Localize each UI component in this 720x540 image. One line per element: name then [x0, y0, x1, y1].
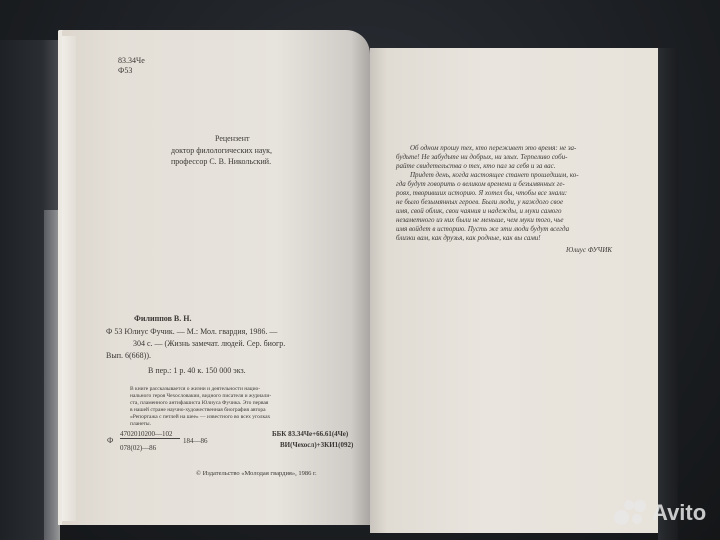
code-bottom: 078(02)—86 [120, 442, 156, 454]
epigraph-line-10: имя войдет в историю. Пусть же эти люди … [396, 225, 569, 234]
epigraph-line-8: имя, свой облик, свои чаяния и надежды, … [396, 207, 562, 216]
annotation-5: «Репортажа с петлей на шее» — известного… [130, 414, 270, 421]
right-page [370, 48, 658, 533]
avito-dots-icon [614, 500, 648, 526]
bib-line1: Ф 53 Юлиус Фучик. — М.: Мол. гвардия, 19… [106, 327, 277, 336]
bib-line3: Вып. 6(668)). [106, 351, 151, 360]
bbk-line2: ВИ(Чехосл)+3КИ1(092) [280, 439, 353, 451]
reviewer-line1: доктор филологических наук, [171, 146, 272, 155]
author: Филиппов В. Н. [134, 314, 191, 323]
epigraph-line-4: Придет день, когда настоящее станет прош… [410, 171, 579, 180]
code-side: 184—86 [183, 435, 208, 447]
code-letter: Ф [107, 436, 113, 445]
call-number-1: 83.34Че [118, 56, 145, 65]
epigraph-line-9: незаметного из них были не меньше, чем м… [396, 216, 564, 225]
reviewer-label: Рецензент [215, 134, 250, 143]
epigraph-line-3: райте свидетельства о тех, кто пал за се… [396, 162, 555, 171]
avito-watermark: Avito [614, 500, 706, 526]
copyright: © Издательство «Молодая гвардия», 1986 г… [196, 468, 317, 480]
code-divider [120, 438, 180, 439]
epigraph-line-5: гда будут говорить о великом времени и б… [396, 180, 565, 189]
epigraph-line-6: роях, творивших историю. Я хотел бы, что… [396, 189, 567, 198]
avito-brand-text: Avito [652, 500, 706, 526]
price: В пер.: 1 р. 40 к. 150 000 экз. [148, 366, 246, 375]
annotation-6: планеты. [130, 421, 151, 428]
page-edge [62, 36, 76, 521]
annotation-3: ста, пламенного антифашиста Юлиуса Фучик… [130, 400, 268, 407]
epigraph-line-1: Об одном прошу тех, кто переживет это вр… [410, 144, 576, 153]
epigraph-line-2: будьте! Не забудьте ни добрых, ни злых. … [396, 153, 567, 162]
epigraph-line-11: близки вам, как друзья, как родные, как … [396, 234, 541, 243]
bib-line2: 304 с. — (Жизнь замечат. людей. Сер. био… [133, 339, 285, 348]
epigraph-signature: Юлиус ФУЧИК [566, 246, 612, 255]
background-right [658, 48, 678, 540]
annotation-4: в нашей стране научно-художественная био… [130, 407, 266, 414]
annotation-2: нального героя Чехословакии, видного пис… [130, 393, 271, 400]
epigraph-line-7: не было безымянных героев. Были люди, у … [396, 198, 563, 207]
reviewer-line2: профессор С. В. Никольский. [171, 157, 271, 166]
call-number-2: Ф53 [118, 66, 132, 75]
annotation-1: В книге рассказывается о жизни и деятель… [130, 386, 260, 393]
